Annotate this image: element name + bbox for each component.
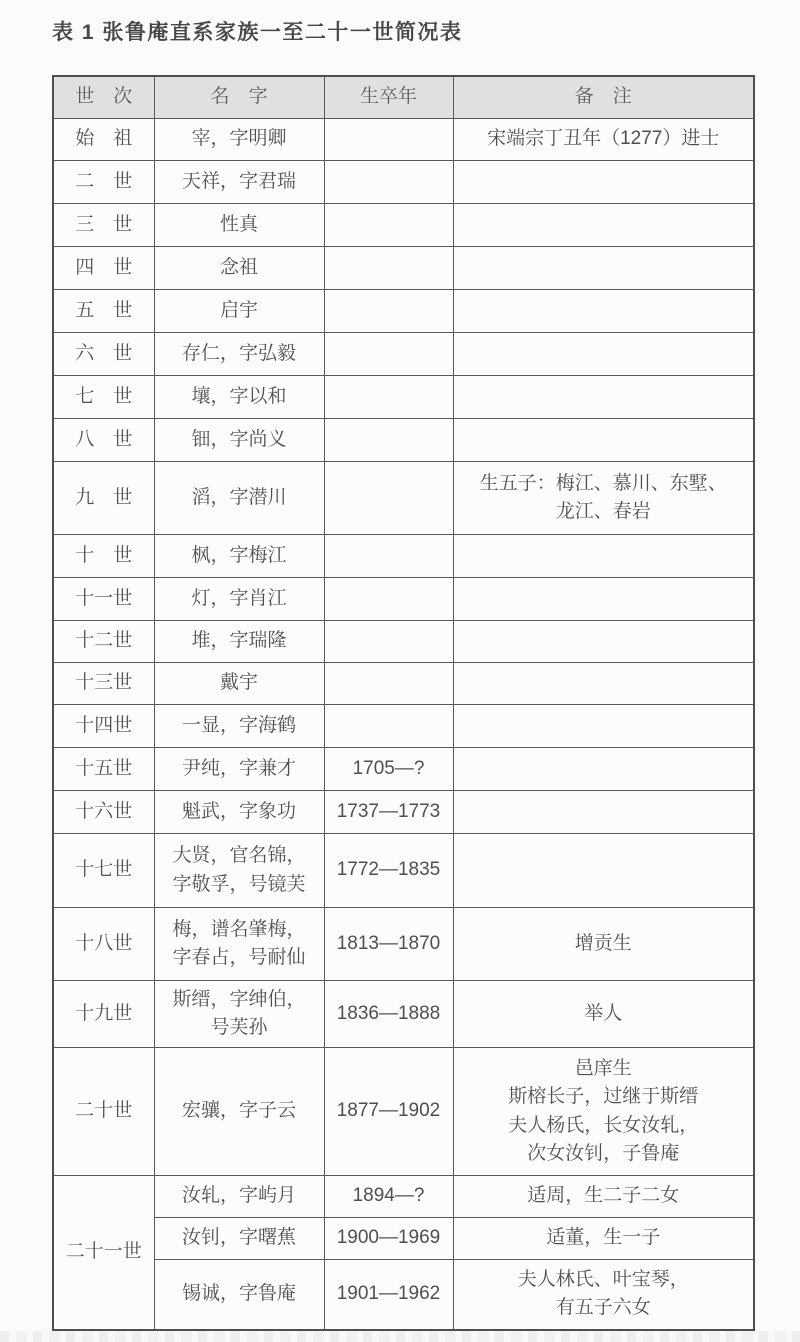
name-cell: 一显，字海鹤: [154, 705, 324, 748]
lifespan-cell: 1900—1969: [324, 1218, 453, 1260]
lifespan-cell: [324, 204, 453, 247]
note-cell: 宋端宗丁丑年（1277）进士: [453, 119, 754, 161]
table-row: 十五世 尹纯，字兼才 1705—?: [53, 748, 754, 791]
name-cell: 存仁，字弘毅: [154, 333, 324, 376]
name-cell: 宏骧，字子云: [154, 1048, 324, 1176]
lifespan-cell: [324, 290, 453, 333]
generation-cell: 十七世: [53, 834, 154, 908]
name-cell: 启宇: [154, 290, 324, 333]
lifespan-cell: 1705—?: [324, 748, 453, 791]
table-row: 九 世 滔，字潜川 生五子：梅江、慕川、东墅、 龙江、春岩: [53, 462, 754, 535]
lifespan-cell: [324, 462, 453, 535]
table-row: 十七世 大贤，官名锦， 字敬孚，号镜芙 1772—1835: [53, 834, 754, 908]
table-row: 十四世 一显，字海鹤: [53, 705, 754, 748]
generation-cell: 始 祖: [53, 119, 154, 161]
lifespan-cell: [324, 663, 453, 705]
name-cell: 壤，字以和: [154, 376, 324, 419]
lifespan-cell: 1772—1835: [324, 834, 453, 908]
note-cell: [453, 578, 754, 621]
generation-cell: 十九世: [53, 981, 154, 1048]
name-cell: 滔，字潜川: [154, 462, 324, 535]
header-generation: 世 次: [53, 76, 154, 119]
note-cell: 生五子：梅江、慕川、东墅、 龙江、春岩: [453, 462, 754, 535]
generation-cell: 二十世: [53, 1048, 154, 1176]
table-row: 五 世 启宇: [53, 290, 754, 333]
name-cell: 钿，字尚义: [154, 419, 324, 462]
family-table: 世 次 名 字 生卒年 备 注 始 祖 宰，字明卿 宋端宗丁丑年（1277）进士…: [52, 75, 755, 1331]
table-row: 七 世 壤，字以和: [53, 376, 754, 419]
lifespan-cell: 1894—?: [324, 1176, 453, 1218]
header-name: 名 字: [154, 76, 324, 119]
header-lifespan: 生卒年: [324, 76, 453, 119]
name-cell: 汝轧，字屿月: [154, 1176, 324, 1218]
generation-cell: 十八世: [53, 908, 154, 981]
lifespan-cell: 1813—1870: [324, 908, 453, 981]
lifespan-cell: [324, 247, 453, 290]
note-cell: [453, 161, 754, 204]
generation-cell: 二十一世: [53, 1176, 154, 1330]
generation-cell: 十 世: [53, 535, 154, 578]
note-cell: 适周，生二子二女: [453, 1176, 754, 1218]
note-cell: [453, 834, 754, 908]
note-cell: [453, 705, 754, 748]
table-row: 十一世 灯，字肖江: [53, 578, 754, 621]
lifespan-cell: [324, 161, 453, 204]
lifespan-cell: [324, 376, 453, 419]
header-notes: 备 注: [453, 76, 754, 119]
table-row: 十二世 堆，字瑞隆: [53, 621, 754, 663]
lifespan-cell: 1737—1773: [324, 791, 453, 834]
table-row: 六 世 存仁，字弘毅: [53, 333, 754, 376]
note-cell: [453, 791, 754, 834]
cropped-text-line: [0, 1331, 800, 1342]
note-cell: 夫人林氏、叶宝琴， 有五子六女: [453, 1260, 754, 1330]
table-row: 四 世 念祖: [53, 247, 754, 290]
note-cell: [453, 204, 754, 247]
table-row: 十 世 枫，字梅江: [53, 535, 754, 578]
generation-cell: 三 世: [53, 204, 154, 247]
lifespan-cell: 1836—1888: [324, 981, 453, 1048]
lifespan-cell: [324, 419, 453, 462]
table-row: 十六世 魁武，字象功 1737—1773: [53, 791, 754, 834]
note-cell: 适董，生一子: [453, 1218, 754, 1260]
name-cell: 天祥，字君瑞: [154, 161, 324, 204]
generation-cell: 四 世: [53, 247, 154, 290]
lifespan-cell: 1877—1902: [324, 1048, 453, 1176]
table-row: 十三世 戴宇: [53, 663, 754, 705]
lifespan-cell: [324, 535, 453, 578]
note-cell: [453, 247, 754, 290]
generation-cell: 十二世: [53, 621, 154, 663]
header-row: 世 次 名 字 生卒年 备 注: [53, 76, 754, 119]
name-cell: 念祖: [154, 247, 324, 290]
table-row: 始 祖 宰，字明卿 宋端宗丁丑年（1277）进士: [53, 119, 754, 161]
note-cell: 增贡生: [453, 908, 754, 981]
lifespan-cell: [324, 333, 453, 376]
note-cell: [453, 290, 754, 333]
table-row: 二十世 宏骧，字子云 1877—1902 邑庠生 斯榕长子，过继于斯缙 夫人杨氏…: [53, 1048, 754, 1176]
generation-cell: 二 世: [53, 161, 154, 204]
table-row: 三 世 性真: [53, 204, 754, 247]
table-row: 锡诚，字鲁庵 1901—1962 夫人林氏、叶宝琴， 有五子六女: [53, 1260, 754, 1330]
name-cell: 性真: [154, 204, 324, 247]
note-cell: 举人: [453, 981, 754, 1048]
name-cell: 枫，字梅江: [154, 535, 324, 578]
name-cell: 灯，字肖江: [154, 578, 324, 621]
name-cell: 尹纯，字兼才: [154, 748, 324, 791]
lifespan-cell: [324, 705, 453, 748]
generation-cell: 十一世: [53, 578, 154, 621]
name-cell: 戴宇: [154, 663, 324, 705]
name-cell: 大贤，官名锦， 字敬孚，号镜芙: [154, 834, 324, 908]
lifespan-cell: 1901—1962: [324, 1260, 453, 1330]
name-cell: 魁武，字象功: [154, 791, 324, 834]
table-row: 二 世 天祥，字君瑞: [53, 161, 754, 204]
table-row: 八 世 钿，字尚义: [53, 419, 754, 462]
note-cell: [453, 535, 754, 578]
generation-cell: 六 世: [53, 333, 154, 376]
generation-cell: 五 世: [53, 290, 154, 333]
name-cell: 斯缙，字绅伯， 号芙孙: [154, 981, 324, 1048]
name-cell: 锡诚，字鲁庵: [154, 1260, 324, 1330]
lifespan-cell: [324, 578, 453, 621]
scanned-page: 表 1 张鲁庵直系家族一至二十一世简况表 世 次 名 字 生卒年 备 注 始 祖…: [0, 0, 800, 1342]
name-cell: 宰，字明卿: [154, 119, 324, 161]
note-cell: [453, 419, 754, 462]
table-row: 十九世 斯缙，字绅伯， 号芙孙 1836—1888 举人: [53, 981, 754, 1048]
name-cell: 汝钊，字曙蕉: [154, 1218, 324, 1260]
note-cell: [453, 376, 754, 419]
generation-cell: 八 世: [53, 419, 154, 462]
lifespan-cell: [324, 621, 453, 663]
table-row: 汝钊，字曙蕉 1900—1969 适董，生一子: [53, 1218, 754, 1260]
generation-cell: 九 世: [53, 462, 154, 535]
generation-cell: 十四世: [53, 705, 154, 748]
table-row: 十八世 梅，谱名肇梅， 字春占，号耐仙 1813—1870 增贡生: [53, 908, 754, 981]
name-cell: 堆，字瑞隆: [154, 621, 324, 663]
table-title: 表 1 张鲁庵直系家族一至二十一世简况表: [52, 16, 462, 46]
generation-cell: 七 世: [53, 376, 154, 419]
name-cell: 梅，谱名肇梅， 字春占，号耐仙: [154, 908, 324, 981]
generation-cell: 十五世: [53, 748, 154, 791]
table-row: 二十一世 汝轧，字屿月 1894—? 适周，生二子二女: [53, 1176, 754, 1218]
note-cell: 邑庠生 斯榕长子，过继于斯缙 夫人杨氏，长女汝轧， 次女汝钊，子鲁庵: [453, 1048, 754, 1176]
lifespan-cell: [324, 119, 453, 161]
note-cell: [453, 621, 754, 663]
note-cell: [453, 748, 754, 791]
note-cell: [453, 333, 754, 376]
note-cell: [453, 663, 754, 705]
generation-cell: 十六世: [53, 791, 154, 834]
generation-cell: 十三世: [53, 663, 154, 705]
